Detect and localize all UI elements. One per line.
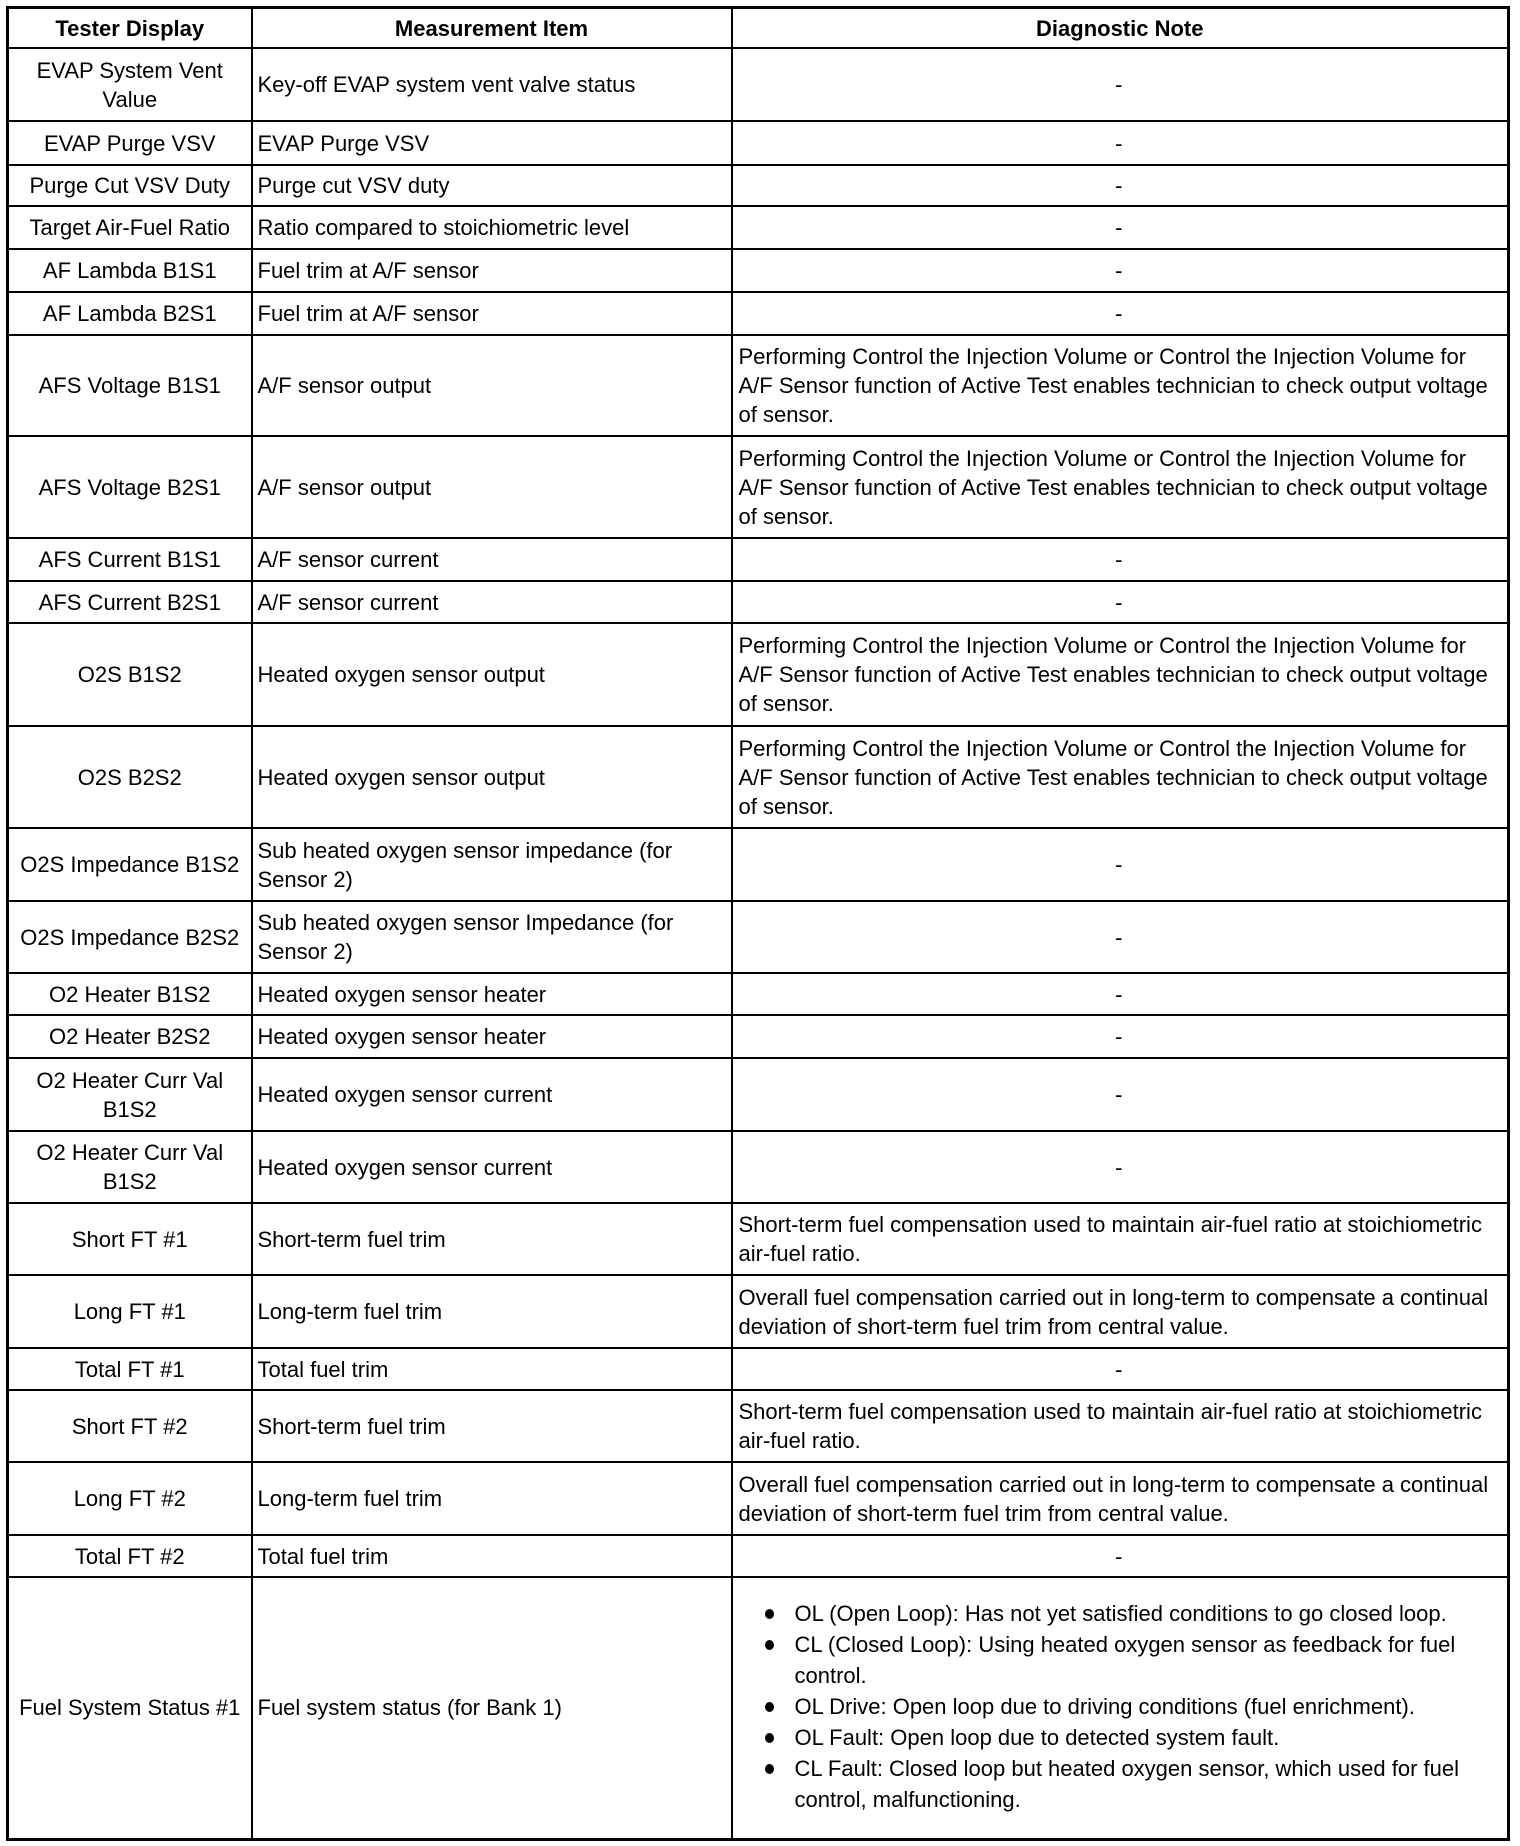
header-measurement-item: Measurement Item: [252, 8, 732, 49]
measurement-item-cell: A/F sensor output: [252, 335, 732, 436]
table-row: O2 Heater B1S2Heated oxygen sensor heate…: [8, 973, 1509, 1015]
table-row: O2S Impedance B2S2Sub heated oxygen sens…: [8, 901, 1509, 973]
diagnostic-note-cell: -: [732, 1015, 1509, 1058]
tester-display-cell: Total FT #1: [8, 1348, 252, 1390]
header-tester-display: Tester Display: [8, 8, 252, 49]
table-row: AF Lambda B2S1Fuel trim at A/F sensor-: [8, 292, 1509, 335]
tester-display-cell: O2S Impedance B1S2: [8, 828, 252, 901]
table-row: O2 Heater Curr Val B1S2Heated oxygen sen…: [8, 1058, 1509, 1131]
table-row: Total FT #2Total fuel trim-: [8, 1535, 1509, 1577]
table-row: EVAP System Vent ValueKey-off EVAP syste…: [8, 48, 1509, 121]
tester-display-cell: AF Lambda B2S1: [8, 292, 252, 335]
diagnostic-note-cell: -: [732, 165, 1509, 206]
measurement-item-cell: Total fuel trim: [252, 1535, 732, 1577]
measurement-item-cell: Fuel trim at A/F sensor: [252, 249, 732, 292]
diagnostic-note-cell: OL (Open Loop): Has not yet satisfied co…: [732, 1577, 1509, 1839]
table-row: Short FT #2Short-term fuel trimShort-ter…: [8, 1390, 1509, 1462]
measurement-item-cell: Key-off EVAP system vent valve status: [252, 48, 732, 121]
tester-display-cell: Long FT #1: [8, 1275, 252, 1348]
table-row: O2S B2S2Heated oxygen sensor outputPerfo…: [8, 726, 1509, 828]
measurement-item-cell: Total fuel trim: [252, 1348, 732, 1390]
tester-display-cell: Short FT #2: [8, 1390, 252, 1462]
tester-display-cell: O2S Impedance B2S2: [8, 901, 252, 973]
diagnostic-note-cell: Performing Control the Injection Volume …: [732, 335, 1509, 436]
tester-display-cell: Total FT #2: [8, 1535, 252, 1577]
table-row: Purge Cut VSV DutyPurge cut VSV duty-: [8, 165, 1509, 206]
measurement-item-cell: Short-term fuel trim: [252, 1203, 732, 1275]
fuel-status-list-item: OL Drive: Open loop due to driving condi…: [757, 1691, 1500, 1722]
diagnostic-note-cell: Performing Control the Injection Volume …: [732, 726, 1509, 828]
measurement-item-cell: Heated oxygen sensor current: [252, 1058, 732, 1131]
table-row: Long FT #1Long-term fuel trimOverall fue…: [8, 1275, 1509, 1348]
tester-display-cell: O2 Heater B1S2: [8, 973, 252, 1015]
measurement-item-cell: Short-term fuel trim: [252, 1390, 732, 1462]
tester-display-cell: AF Lambda B1S1: [8, 249, 252, 292]
table-row: EVAP Purge VSVEVAP Purge VSV-: [8, 121, 1509, 165]
diagnostic-note-cell: -: [732, 206, 1509, 249]
diagnostic-note-cell: -: [732, 538, 1509, 581]
measurement-item-cell: Heated oxygen sensor current: [252, 1131, 732, 1203]
diagnostic-note-cell: -: [732, 249, 1509, 292]
table-row: AF Lambda B1S1Fuel trim at A/F sensor-: [8, 249, 1509, 292]
measurement-item-cell: Purge cut VSV duty: [252, 165, 732, 206]
tester-display-cell: Purge Cut VSV Duty: [8, 165, 252, 206]
table-row: O2S Impedance B1S2Sub heated oxygen sens…: [8, 828, 1509, 901]
diagnostic-note-cell: -: [732, 292, 1509, 335]
measurement-item-cell: Fuel system status (for Bank 1): [252, 1577, 732, 1839]
table-row: Long FT #2Long-term fuel trimOverall fue…: [8, 1462, 1509, 1535]
diagnostic-note-cell: -: [732, 1348, 1509, 1390]
diagnostic-note-cell: -: [732, 1535, 1509, 1577]
tester-display-cell: EVAP System Vent Value: [8, 48, 252, 121]
measurement-item-cell: Heated oxygen sensor output: [252, 623, 732, 726]
tester-display-cell: Fuel System Status #1: [8, 1577, 252, 1839]
diagnostic-note-cell: -: [732, 581, 1509, 623]
measurement-item-cell: Fuel trim at A/F sensor: [252, 292, 732, 335]
measurement-item-cell: Heated oxygen sensor heater: [252, 973, 732, 1015]
diagnostic-note-cell: Overall fuel compensation carried out in…: [732, 1275, 1509, 1348]
diagnostic-note-cell: -: [732, 48, 1509, 121]
table-row: O2S B1S2Heated oxygen sensor outputPerfo…: [8, 623, 1509, 726]
tester-display-cell: AFS Voltage B2S1: [8, 436, 252, 538]
table-row: Fuel System Status #1Fuel system status …: [8, 1577, 1509, 1839]
tester-display-cell: Short FT #1: [8, 1203, 252, 1275]
measurement-item-cell: A/F sensor output: [252, 436, 732, 538]
tester-display-cell: O2 Heater B2S2: [8, 1015, 252, 1058]
measurement-item-cell: Heated oxygen sensor output: [252, 726, 732, 828]
table-row: Short FT #1Short-term fuel trimShort-ter…: [8, 1203, 1509, 1275]
diagnostic-note-cell: -: [732, 973, 1509, 1015]
table-row: AFS Current B2S1A/F sensor current-: [8, 581, 1509, 623]
tester-display-cell: EVAP Purge VSV: [8, 121, 252, 165]
tester-display-cell: AFS Current B2S1: [8, 581, 252, 623]
measurement-item-cell: Long-term fuel trim: [252, 1275, 732, 1348]
tester-display-cell: O2S B1S2: [8, 623, 252, 726]
tester-display-cell: O2 Heater Curr Val B1S2: [8, 1058, 252, 1131]
tester-display-table: Tester Display Measurement Item Diagnost…: [6, 6, 1510, 1841]
tester-display-cell: AFS Voltage B1S1: [8, 335, 252, 436]
table-row: AFS Voltage B2S1A/F sensor outputPerform…: [8, 436, 1509, 538]
table-row: O2 Heater B2S2Heated oxygen sensor heate…: [8, 1015, 1509, 1058]
diagnostic-note-cell: -: [732, 121, 1509, 165]
diagnostic-note-cell: Performing Control the Injection Volume …: [732, 623, 1509, 726]
header-diagnostic-note: Diagnostic Note: [732, 8, 1509, 49]
table-row: AFS Current B1S1A/F sensor current-: [8, 538, 1509, 581]
tester-display-cell: O2S B2S2: [8, 726, 252, 828]
tester-display-cell: Target Air-Fuel Ratio: [8, 206, 252, 249]
diagnostic-note-cell: Short-term fuel compensation used to mai…: [732, 1390, 1509, 1462]
measurement-item-cell: Long-term fuel trim: [252, 1462, 732, 1535]
measurement-item-cell: EVAP Purge VSV: [252, 121, 732, 165]
table-row: Target Air-Fuel RatioRatio compared to s…: [8, 206, 1509, 249]
tester-display-cell: O2 Heater Curr Val B1S2: [8, 1131, 252, 1203]
fuel-status-list-item: OL Fault: Open loop due to detected syst…: [757, 1722, 1500, 1753]
measurement-item-cell: Heated oxygen sensor heater: [252, 1015, 732, 1058]
diagnostic-note-cell: -: [732, 1131, 1509, 1203]
table-row: Total FT #1Total fuel trim-: [8, 1348, 1509, 1390]
table-row: O2 Heater Curr Val B1S2Heated oxygen sen…: [8, 1131, 1509, 1203]
diagnostic-note-cell: -: [732, 828, 1509, 901]
diagnostic-note-cell: Short-term fuel compensation used to mai…: [732, 1203, 1509, 1275]
measurement-item-cell: Sub heated oxygen sensor impedance (for …: [252, 828, 732, 901]
diagnostic-note-cell: -: [732, 901, 1509, 973]
fuel-status-list-item: OL (Open Loop): Has not yet satisfied co…: [757, 1598, 1500, 1629]
measurement-item-cell: Sub heated oxygen sensor Impedance (for …: [252, 901, 732, 973]
diagnostic-note-cell: -: [732, 1058, 1509, 1131]
measurement-item-cell: A/F sensor current: [252, 538, 732, 581]
fuel-status-list: OL (Open Loop): Has not yet satisfied co…: [739, 1596, 1500, 1819]
tester-display-cell: AFS Current B1S1: [8, 538, 252, 581]
header-row: Tester Display Measurement Item Diagnost…: [8, 8, 1509, 49]
tester-display-cell: Long FT #2: [8, 1462, 252, 1535]
measurement-item-cell: Ratio compared to stoichiometric level: [252, 206, 732, 249]
diagnostic-note-cell: Overall fuel compensation carried out in…: [732, 1462, 1509, 1535]
fuel-status-list-item: CL Fault: Closed loop but heated oxygen …: [757, 1753, 1500, 1815]
diagnostic-note-cell: Performing Control the Injection Volume …: [732, 436, 1509, 538]
fuel-status-list-item: CL (Closed Loop): Using heated oxygen se…: [757, 1629, 1500, 1691]
table-row: AFS Voltage B1S1A/F sensor outputPerform…: [8, 335, 1509, 436]
measurement-item-cell: A/F sensor current: [252, 581, 732, 623]
